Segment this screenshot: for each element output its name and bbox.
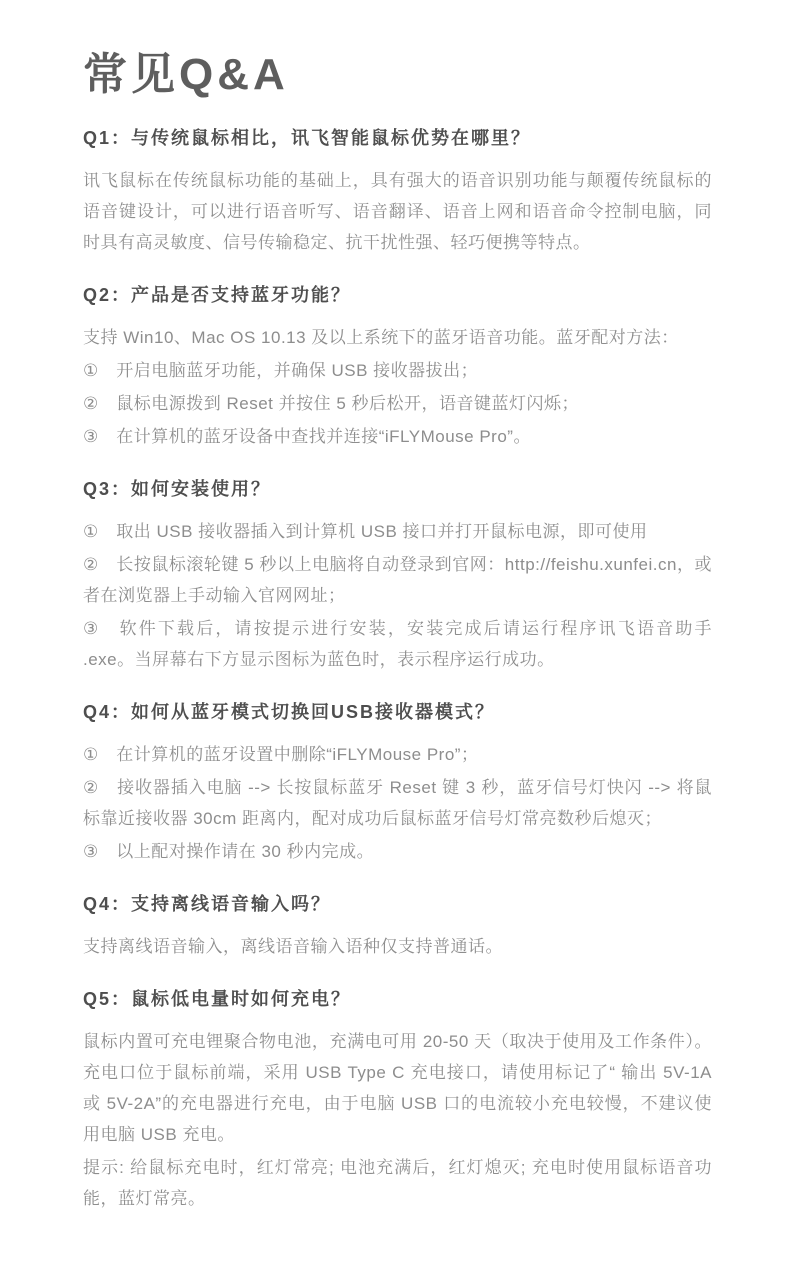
- faq-section-q3: Q3：如何安装使用？ ① 取出 USB 接收器插入到计算机 USB 接口并打开鼠…: [83, 478, 712, 675]
- question-q2: Q2：产品是否支持蓝牙功能？: [83, 284, 712, 306]
- answer-q1: 讯飞鼠标在传统鼠标功能的基础上，具有强大的语音识别功能与颠覆传统鼠标的语音键设计…: [83, 165, 712, 258]
- answer-q4-offline: 支持离线语音输入，离线语音输入语种仅支持普通话。: [83, 931, 712, 962]
- answer-step-2: ② 接收器插入电脑 --> 长按鼠标蓝牙 Reset 键 3 秒，蓝牙信号灯快闪…: [83, 772, 712, 834]
- answer-q4-usb: ① 在计算机的蓝牙设置中删除“iFLYMouse Pro”； ② 接收器插入电脑…: [83, 739, 712, 867]
- answer-paragraph: 支持离线语音输入，离线语音输入语种仅支持普通话。: [83, 931, 712, 962]
- answer-step-1: ① 开启电脑蓝牙功能，并确保 USB 接收器拔出；: [83, 355, 712, 386]
- faq-section-q4-usb: Q4：如何从蓝牙模式切换回USB接收器模式？ ① 在计算机的蓝牙设置中删除“iF…: [83, 701, 712, 867]
- question-q1: Q1：与传统鼠标相比，讯飞智能鼠标优势在哪里？: [83, 127, 712, 149]
- answer-q5: 鼠标内置可充电锂聚合物电池，充满电可用 20-50 天（取决于使用及工作条件）。…: [83, 1026, 712, 1214]
- page-title: 常见Q&A: [83, 48, 712, 101]
- answer-paragraph: 鼠标内置可充电锂聚合物电池，充满电可用 20-50 天（取决于使用及工作条件）。…: [83, 1026, 712, 1150]
- question-q4-offline: Q4：支持离线语音输入吗？: [83, 893, 712, 915]
- answer-step-1: ① 取出 USB 接收器插入到计算机 USB 接口并打开鼠标电源，即可使用: [83, 516, 712, 547]
- faq-section-q2: Q2：产品是否支持蓝牙功能？ 支持 Win10、Mac OS 10.13 及以上…: [83, 284, 712, 452]
- answer-step-3: ③ 软件下载后，请按提示进行安装，安装完成后请运行程序讯飞语音助手 .exe。当…: [83, 613, 712, 675]
- faq-section-q4-offline: Q4：支持离线语音输入吗？ 支持离线语音输入，离线语音输入语种仅支持普通话。: [83, 893, 712, 962]
- faq-section-q5: Q5：鼠标低电量时如何充电？ 鼠标内置可充电锂聚合物电池，充满电可用 20-50…: [83, 988, 712, 1214]
- answer-paragraph: 支持 Win10、Mac OS 10.13 及以上系统下的蓝牙语音功能。蓝牙配对…: [83, 322, 712, 353]
- answer-tip: 提示: 给鼠标充电时，红灯常亮; 电池充满后，红灯熄灭; 充电时使用鼠标语音功能…: [83, 1152, 712, 1214]
- faq-section-q1: Q1：与传统鼠标相比，讯飞智能鼠标优势在哪里？ 讯飞鼠标在传统鼠标功能的基础上，…: [83, 127, 712, 258]
- answer-q3: ① 取出 USB 接收器插入到计算机 USB 接口并打开鼠标电源，即可使用 ② …: [83, 516, 712, 675]
- answer-step-2: ② 鼠标电源拨到 Reset 并按住 5 秒后松开，语音键蓝灯闪烁；: [83, 388, 712, 419]
- question-q5: Q5：鼠标低电量时如何充电？: [83, 988, 712, 1010]
- question-q4-usb: Q4：如何从蓝牙模式切换回USB接收器模式？: [83, 701, 712, 723]
- answer-paragraph: 讯飞鼠标在传统鼠标功能的基础上，具有强大的语音识别功能与颠覆传统鼠标的语音键设计…: [83, 165, 712, 258]
- answer-q2: 支持 Win10、Mac OS 10.13 及以上系统下的蓝牙语音功能。蓝牙配对…: [83, 322, 712, 452]
- question-q3: Q3：如何安装使用？: [83, 478, 712, 500]
- answer-step-3: ③ 在计算机的蓝牙设备中查找并连接“iFLYMouse Pro”。: [83, 421, 712, 452]
- faq-page: 常见Q&A Q1：与传统鼠标相比，讯飞智能鼠标优势在哪里？ 讯飞鼠标在传统鼠标功…: [0, 0, 790, 1274]
- answer-step-2: ② 长按鼠标滚轮键 5 秒以上电脑将自动登录到官网：http://feishu.…: [83, 549, 712, 611]
- answer-step-3: ③ 以上配对操作请在 30 秒内完成。: [83, 836, 712, 867]
- answer-step-1: ① 在计算机的蓝牙设置中删除“iFLYMouse Pro”；: [83, 739, 712, 770]
